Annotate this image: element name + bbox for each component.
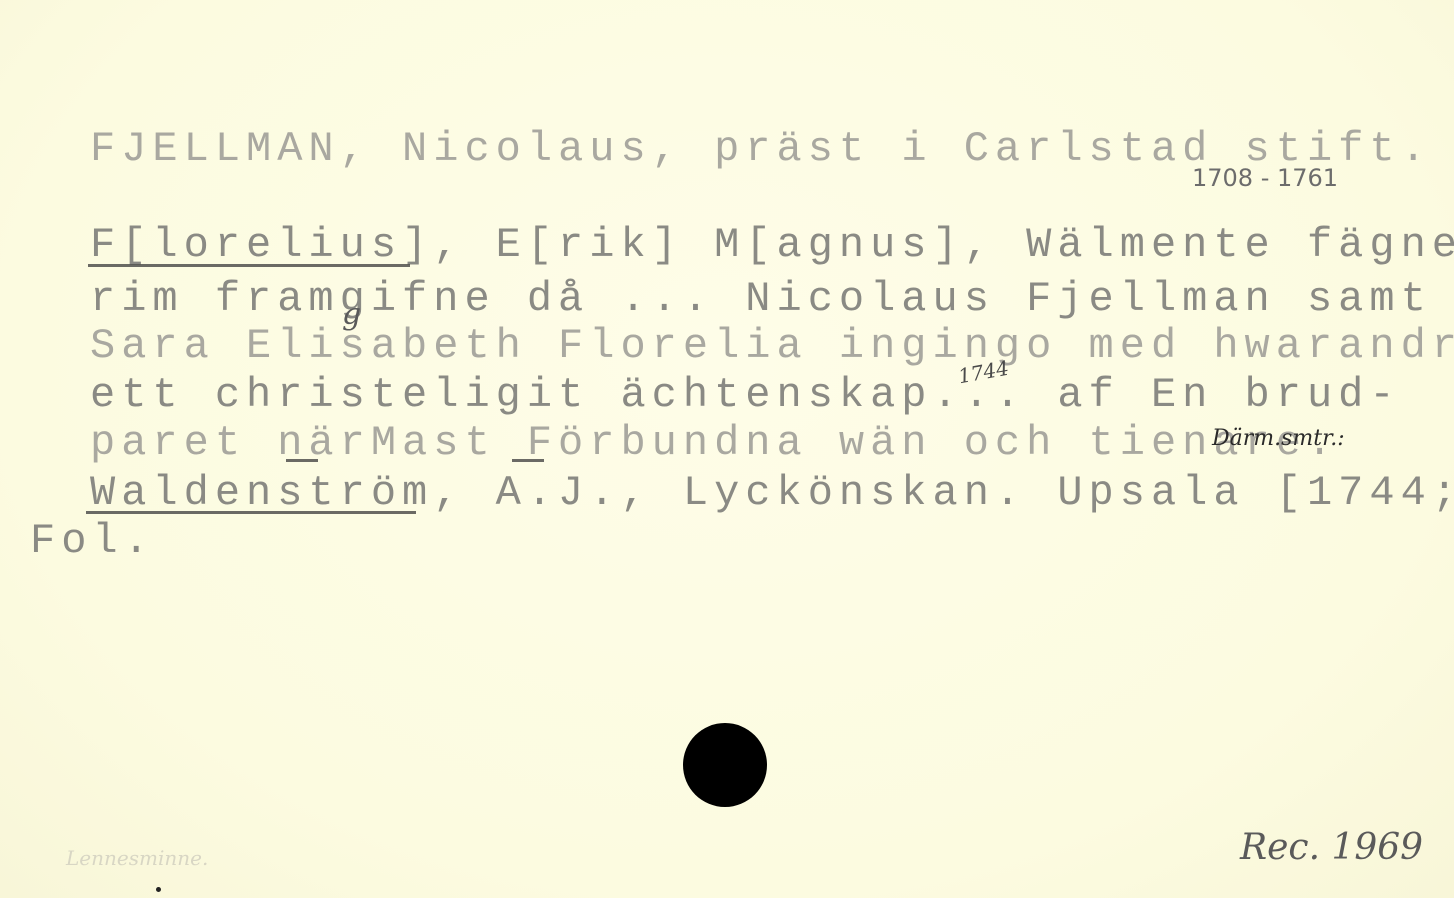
body-line-3: Sara Elisabeth Florelia ingingo med hwar… — [90, 325, 1454, 367]
darm-note: Därm.smtr.: — [1212, 428, 1345, 450]
heading-name: FJELLMAN — [90, 125, 340, 173]
body-line-7: Fol. — [30, 520, 155, 562]
life-dates-handwritten: 1708 - 1761 — [1192, 166, 1338, 190]
body-line-5: paret närMast Förbundna wän och tienare. — [90, 422, 1338, 464]
underline-f — [512, 459, 544, 462]
body-line-2: rim framgifne då ... Nicolaus Fjellman s… — [90, 278, 1454, 320]
faint-note: Lennesminne. — [66, 848, 208, 868]
speck — [156, 887, 161, 892]
body-line-4: ett christeligit ächtenskap... af En bru… — [90, 374, 1401, 416]
underline-florelius — [88, 264, 410, 267]
body-line-1: F[lorelius], E[rik] M[agnus], Wälmente f… — [90, 224, 1454, 266]
catalog-card: FJELLMAN, Nicolaus, präst i Carlstad sti… — [0, 0, 1454, 898]
underline-m — [286, 459, 318, 462]
underline-waldenstrom — [86, 511, 416, 514]
punch-hole — [683, 723, 767, 807]
body-line-6: Waldenström, A.J., Lyckönskan. Upsala [1… — [90, 472, 1454, 514]
revision-note: Rec. 1969 — [1240, 830, 1423, 866]
